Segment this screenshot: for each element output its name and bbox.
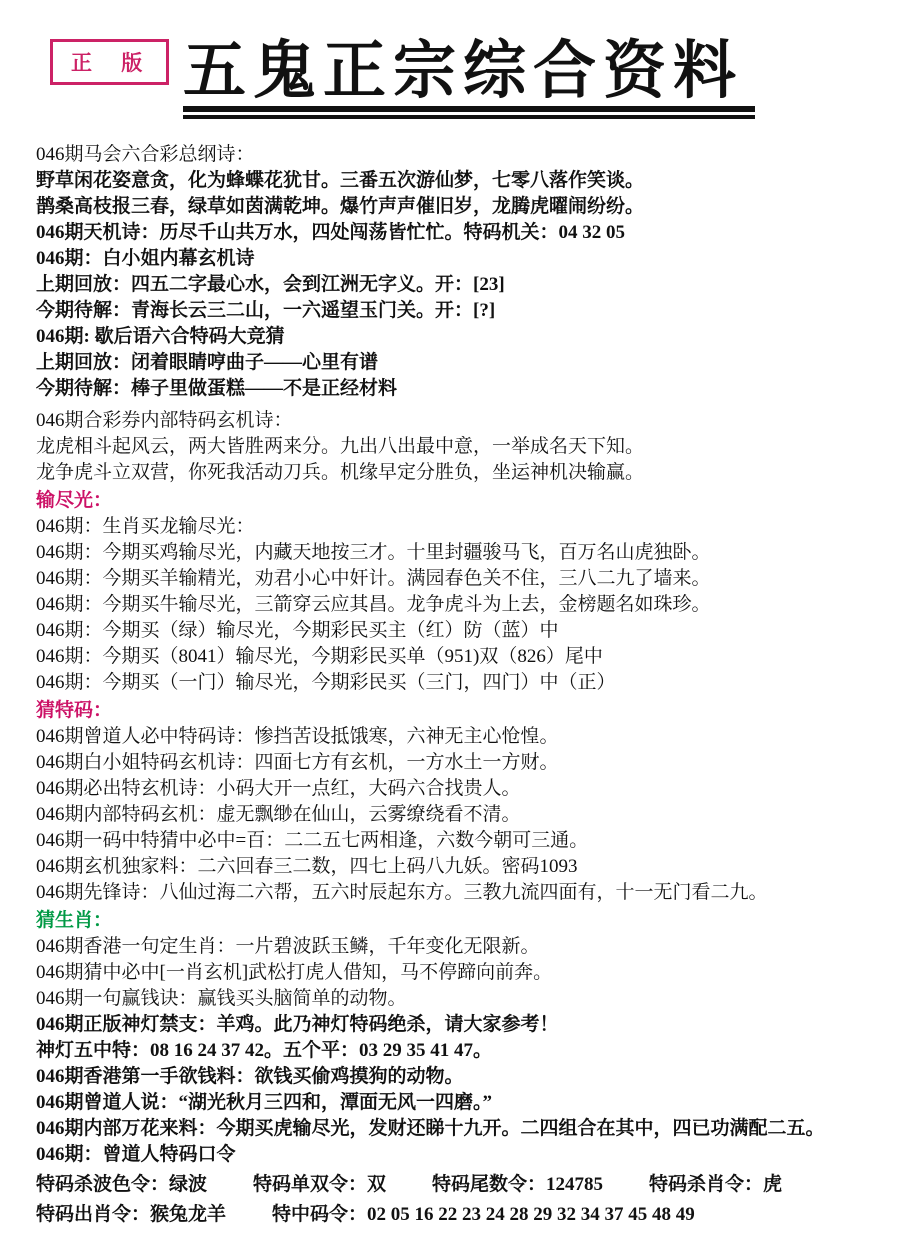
text-line: 046期玄机独家料：二六回春三二数，四七上码八九妖。密码1093 <box>36 854 880 880</box>
text-line: 046期猜中必中[一肖玄机]武松打虎人借知，马不停蹄向前奔。 <box>36 960 880 986</box>
section-heading: 猜特码： <box>36 698 880 724</box>
text-line: 046期内部万花来料：今期买虎输尽光，发财还睇十九开。二四组合在其中，四已功满配… <box>36 1116 880 1142</box>
text-line: 046期合彩券内部特码玄机诗： <box>36 408 880 434</box>
text-line: 046期香港一句定生肖：一片碧波跃玉鳞，千年变化无限新。 <box>36 934 880 960</box>
text-line: 046期正版神灯禁支：羊鸡。此乃神灯特码绝杀，请大家参考！ <box>36 1012 880 1038</box>
command-segment: 特码尾数令：124785 <box>432 1172 603 1198</box>
section-heading: 猜生肖： <box>36 908 880 934</box>
text-line: 046期先锋诗：八仙过海二六帮，五六时辰起东方。三教九流四面有，十一无门看二九。 <box>36 880 880 906</box>
text-line: 046期天机诗：历尽千山共万水，四处闯荡皆忙忙。特码机关：04 32 05 <box>36 220 880 246</box>
text-line: 046期：今期买（一门）输尽光，今期彩民买（三门，四门）中（正） <box>36 670 880 696</box>
text-line: 046期: 歇后语六合特码大竞猜 <box>36 324 880 350</box>
section-heading: 输尽光： <box>36 488 880 514</box>
text-line: 046期：今期买牛输尽光，三箭穿云应其昌。龙争虎斗为上去，金榜题名如珠珍。 <box>36 592 880 618</box>
text-line: 046期：生肖买龙输尽光： <box>36 514 880 540</box>
text-line: 046期一句赢钱诀：赢钱买头脑简单的动物。 <box>36 986 880 1012</box>
text-line: 龙争虎斗立双营，你死我活动刀兵。机缘早定分胜负，坐运神机决输赢。 <box>36 460 880 486</box>
text-line: 上期回放：四五二字最心水，会到江洲无字义。开：[23] <box>36 272 880 298</box>
page-header: 正 版 五鬼正宗综合资料 <box>0 0 900 140</box>
text-line: 龙虎相斗起风云，两大皆胜两来分。九出八出最中意，一举成名天下知。 <box>36 434 880 460</box>
text-line: 今期待解：棒子里做蛋糕——不是正经材料 <box>36 376 880 402</box>
text-line: 鹊桑高枝报三春，绿草如茵满乾坤。爆竹声声催旧岁，龙腾虎曜闹纷纷。 <box>36 194 880 220</box>
text-line: 046期：曾道人特码口令 <box>36 1142 880 1168</box>
text-line: 特码杀波色令：绿波特码单双令：双特码尾数令：124785特码杀肖令：虎 <box>36 1172 880 1198</box>
text-line: 046期：今期买鸡输尽光，内藏天地按三才。十里封疆骏马飞，百万名山虎独卧。 <box>36 540 880 566</box>
document-body: 046期马会六合彩总纲诗：野草闲花姿意贪，化为蜂蝶花犹甘。三番五次游仙梦，七零八… <box>36 142 880 1228</box>
text-line: 046期内部特码玄机：虚无飘缈在仙山，云雾缭绕看不清。 <box>36 802 880 828</box>
text-line: 046期：今期买（绿）输尽光，今期彩民买主（红）防（蓝）中 <box>36 618 880 644</box>
text-line: 046期必出特玄机诗：小码大开一点红，大码六合找贵人。 <box>36 776 880 802</box>
text-line: 046期马会六合彩总纲诗： <box>36 142 880 168</box>
page-title: 五鬼正宗综合资料 <box>183 20 743 111</box>
text-line: 046期一码中特猜中必中=百：二二五七两相逢，六数今朝可三通。 <box>36 828 880 854</box>
command-segment: 特码杀波色令：绿波 <box>36 1172 207 1198</box>
text-line: 046期白小姐特码玄机诗：四面七方有玄机，一方水土一方财。 <box>36 750 880 776</box>
text-line: 特码出肖令：猴兔龙羊特中码令：02 05 16 22 23 24 28 29 3… <box>36 1202 880 1228</box>
text-line: 野草闲花姿意贪，化为蜂蝶花犹甘。三番五次游仙梦，七零八落作笑谈。 <box>36 168 880 194</box>
text-line: 今期待解：青海长云三二山，一六遥望玉门关。开：[?] <box>36 298 880 324</box>
command-segment: 特中码令：02 05 16 22 23 24 28 29 32 34 37 45… <box>272 1202 695 1228</box>
text-line: 046期香港第一手欲钱料：欲钱买偷鸡摸狗的动物。 <box>36 1064 880 1090</box>
text-line: 上期回放：闭着眼睛哼曲子——心里有谱 <box>36 350 880 376</box>
text-line: 046期：今期买羊输精光，劝君小心中奸计。满园春色关不住，三八二九了墙来。 <box>36 566 880 592</box>
command-segment: 特码杀肖令：虎 <box>649 1172 782 1198</box>
text-line: 046期曾道人说：“湖光秋月三四和，潭面无风一四磨。” <box>36 1090 880 1116</box>
command-segment: 特码单双令：双 <box>253 1172 386 1198</box>
command-segment: 特码出肖令：猴兔龙羊 <box>36 1202 226 1228</box>
text-line: 046期：今期买（8041）输尽光，今期彩民买单（951)双（826）尾中 <box>36 644 880 670</box>
title-underline <box>183 106 755 119</box>
authenticity-badge: 正 版 <box>50 39 169 85</box>
text-line: 046期：白小姐内幕玄机诗 <box>36 246 880 272</box>
text-line: 046期曾道人必中特码诗：惨挡苦设抵饿寒，六神无主心怆惶。 <box>36 724 880 750</box>
text-line: 神灯五中特：08 16 24 37 42。五个平：03 29 35 41 47。 <box>36 1038 880 1064</box>
